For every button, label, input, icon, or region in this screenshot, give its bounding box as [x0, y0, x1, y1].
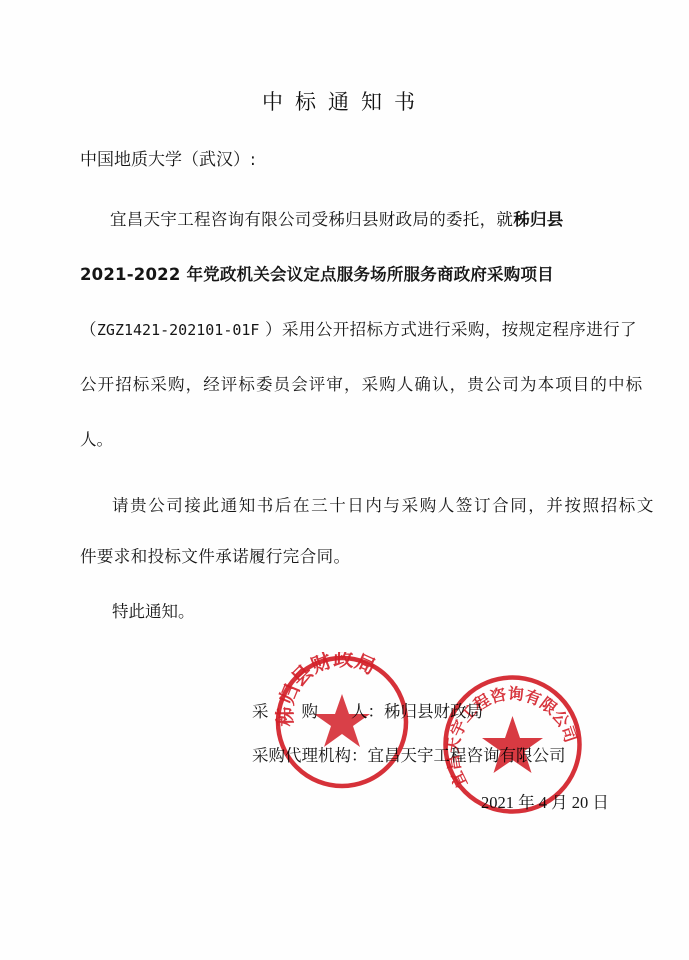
purchaser-value: 秭归县财政局	[384, 702, 483, 721]
bracket-open: （	[80, 320, 97, 339]
project-name-line: 2021-2022 年党政机关会议定点服务场所服务商政府采购项目	[80, 261, 554, 285]
issue-date: 2021 年 4 月 20 日	[481, 789, 609, 813]
paragraph-line-6: 请贵公司接此通知书后在三十日内与采购人签订合同，并按照招标文	[112, 492, 655, 516]
paragraph-line-7: 件要求和投标文件承诺履行完合同。	[80, 543, 350, 567]
paragraph-text: ）采用公开招标方式进行采购，按规定程序进行了	[259, 320, 636, 339]
county-name-bold: 秭归县	[513, 210, 563, 229]
paragraph-line-4: 公开招标采购，经评标委员会评审，采购人确认，贵公司为本项目的中标	[80, 371, 643, 395]
purchaser-label: 采 购 人：	[252, 702, 384, 721]
agency-label: 采购代理机构：	[252, 746, 368, 765]
closing-line: 特此通知。	[112, 598, 195, 622]
paragraph-line-1: 宜昌天宇工程咨询有限公司受秭归县财政局的委托，就秭归县	[110, 206, 564, 230]
document-title: 中标通知书	[0, 86, 689, 116]
document-page: 中标通知书 中国地质大学（武汉）: 宜昌天宇工程咨询有限公司受秭归县财政局的委托…	[0, 0, 689, 960]
paragraph-line-3: （ZGZ1421-202101-01F ）采用公开招标方式进行采购，按规定程序进…	[80, 316, 637, 340]
agency-signature: 采购代理机构：宜昌天宇工程咨询有限公司	[252, 742, 566, 766]
paragraph-line-5: 人。	[80, 426, 113, 450]
finance-bureau-seal-icon: 秭归县财政局	[272, 652, 412, 792]
project-code: ZGZ1421-202101-01F	[97, 321, 260, 339]
addressee: 中国地质大学（武汉）:	[80, 145, 256, 170]
purchaser-signature: 采 购 人：秭归县财政局	[252, 698, 483, 722]
paragraph-text: 宜昌天宇工程咨询有限公司受秭归县财政局的委托，就	[110, 210, 513, 229]
agency-value: 宜昌天宇工程咨询有限公司	[368, 746, 566, 765]
